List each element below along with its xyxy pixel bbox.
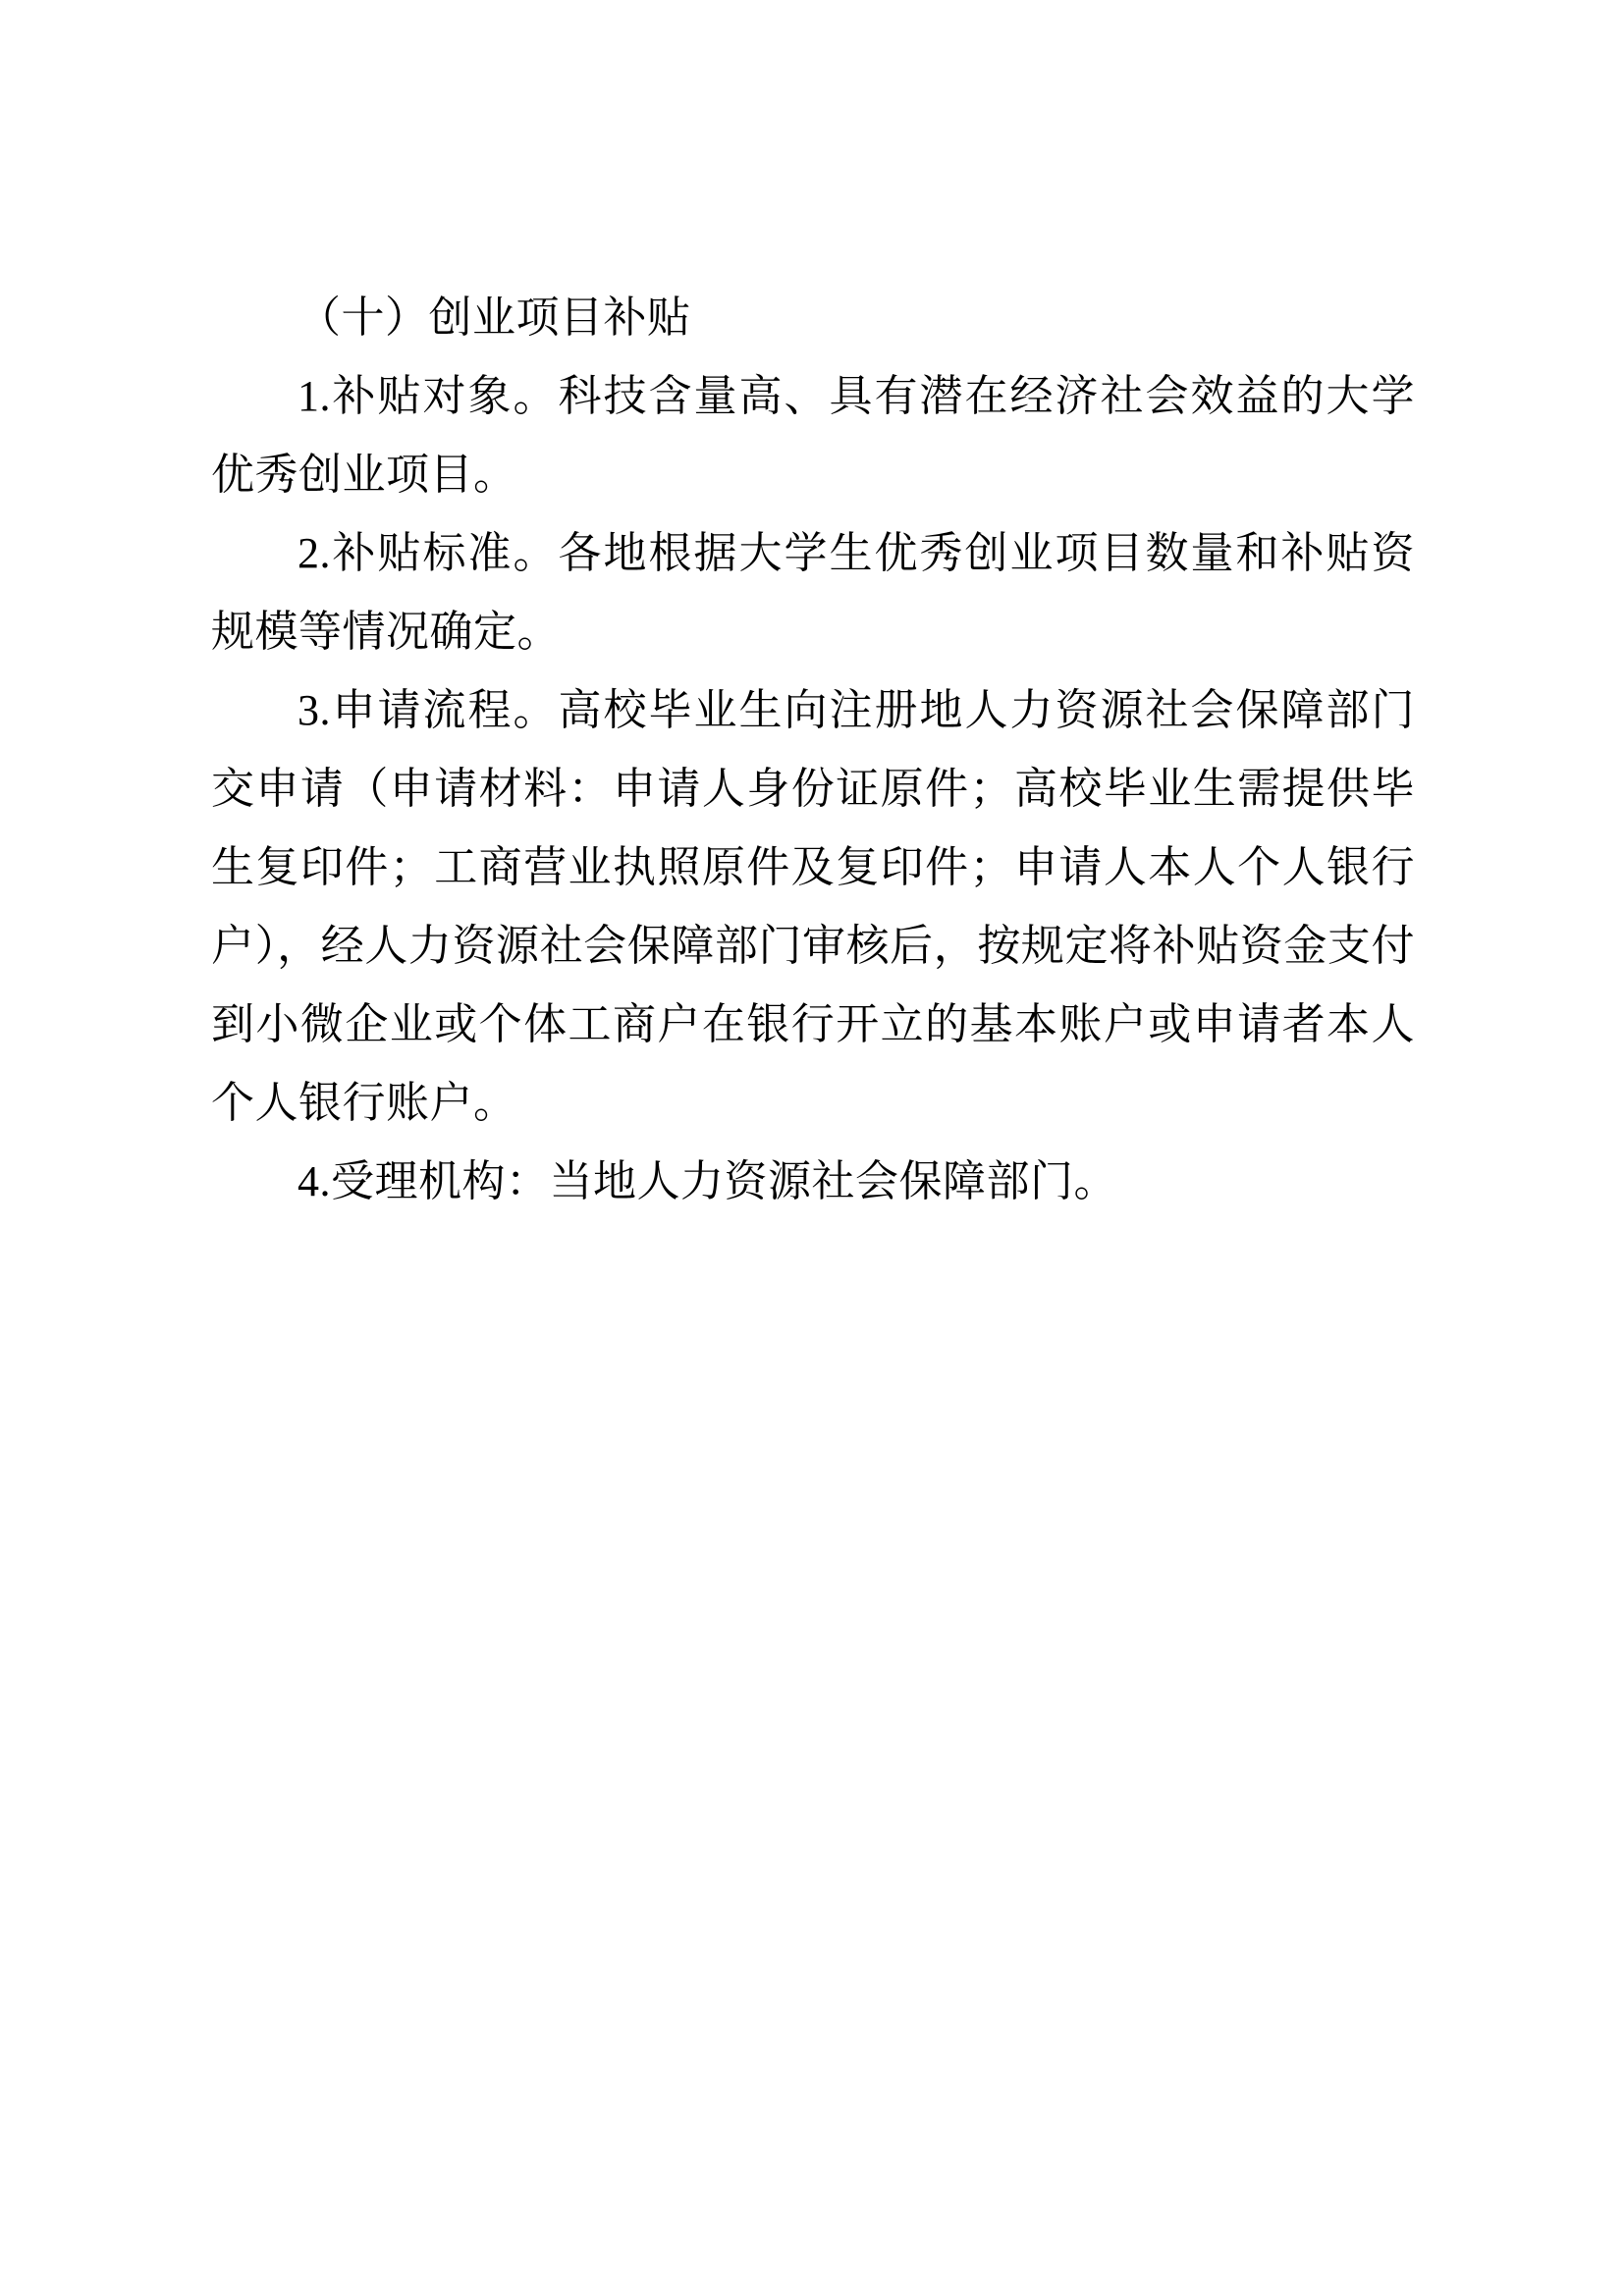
paragraph: 4.受理机构：当地人力资源社会保障部门。: [211, 1143, 1415, 1221]
paragraphs: 1.补贴对象。科技含量高、具有潜在经济社会效益的大学生优秀创业项目。2.补贴标准…: [211, 357, 1415, 1221]
text-line: 户），经人力资源社会保障部门审核后，按规定将补贴资金支付: [211, 907, 1415, 986]
paragraph: 3.申请流程。高校毕业生向注册地人力资源社会保障部门提交申请（申请材料：申请人身…: [211, 671, 1415, 1143]
text-line: 交申请（申请材料：申请人身份证原件；高校毕业生需提供毕业: [211, 750, 1415, 828]
text-line: 到小微企业或个体工商户在银行开立的基本账户或申请者本人: [211, 986, 1415, 1064]
text-line: 2.补贴标准。各地根据大学生优秀创业项目数量和补贴资金: [211, 514, 1415, 593]
text-line: 规模等情况确定。: [211, 593, 1415, 671]
paragraph: 2.补贴标准。各地根据大学生优秀创业项目数量和补贴资金规模等情况确定。: [211, 514, 1415, 671]
section-heading: （十）创业项目补贴: [211, 279, 1415, 357]
text-line: 4.受理机构：当地人力资源社会保障部门。: [211, 1143, 1415, 1221]
text-line: 1.补贴对象。科技含量高、具有潜在经济社会效益的大学生: [211, 357, 1415, 436]
text-line: 3.申请流程。高校毕业生向注册地人力资源社会保障部门提: [211, 671, 1415, 750]
text-line: 生复印件；工商营业执照原件及复印件；申请人本人个人银行账: [211, 828, 1415, 907]
text-block: （十）创业项目补贴 1.补贴对象。科技含量高、具有潜在经济社会效益的大学生优秀创…: [211, 279, 1415, 1221]
text-line: 个人银行账户。: [211, 1064, 1415, 1143]
text-line: 优秀创业项目。: [211, 436, 1415, 514]
document-page: （十）创业项目补贴 1.补贴对象。科技含量高、具有潜在经济社会效益的大学生优秀创…: [0, 0, 1624, 2296]
paragraph: 1.补贴对象。科技含量高、具有潜在经济社会效益的大学生优秀创业项目。: [211, 357, 1415, 514]
